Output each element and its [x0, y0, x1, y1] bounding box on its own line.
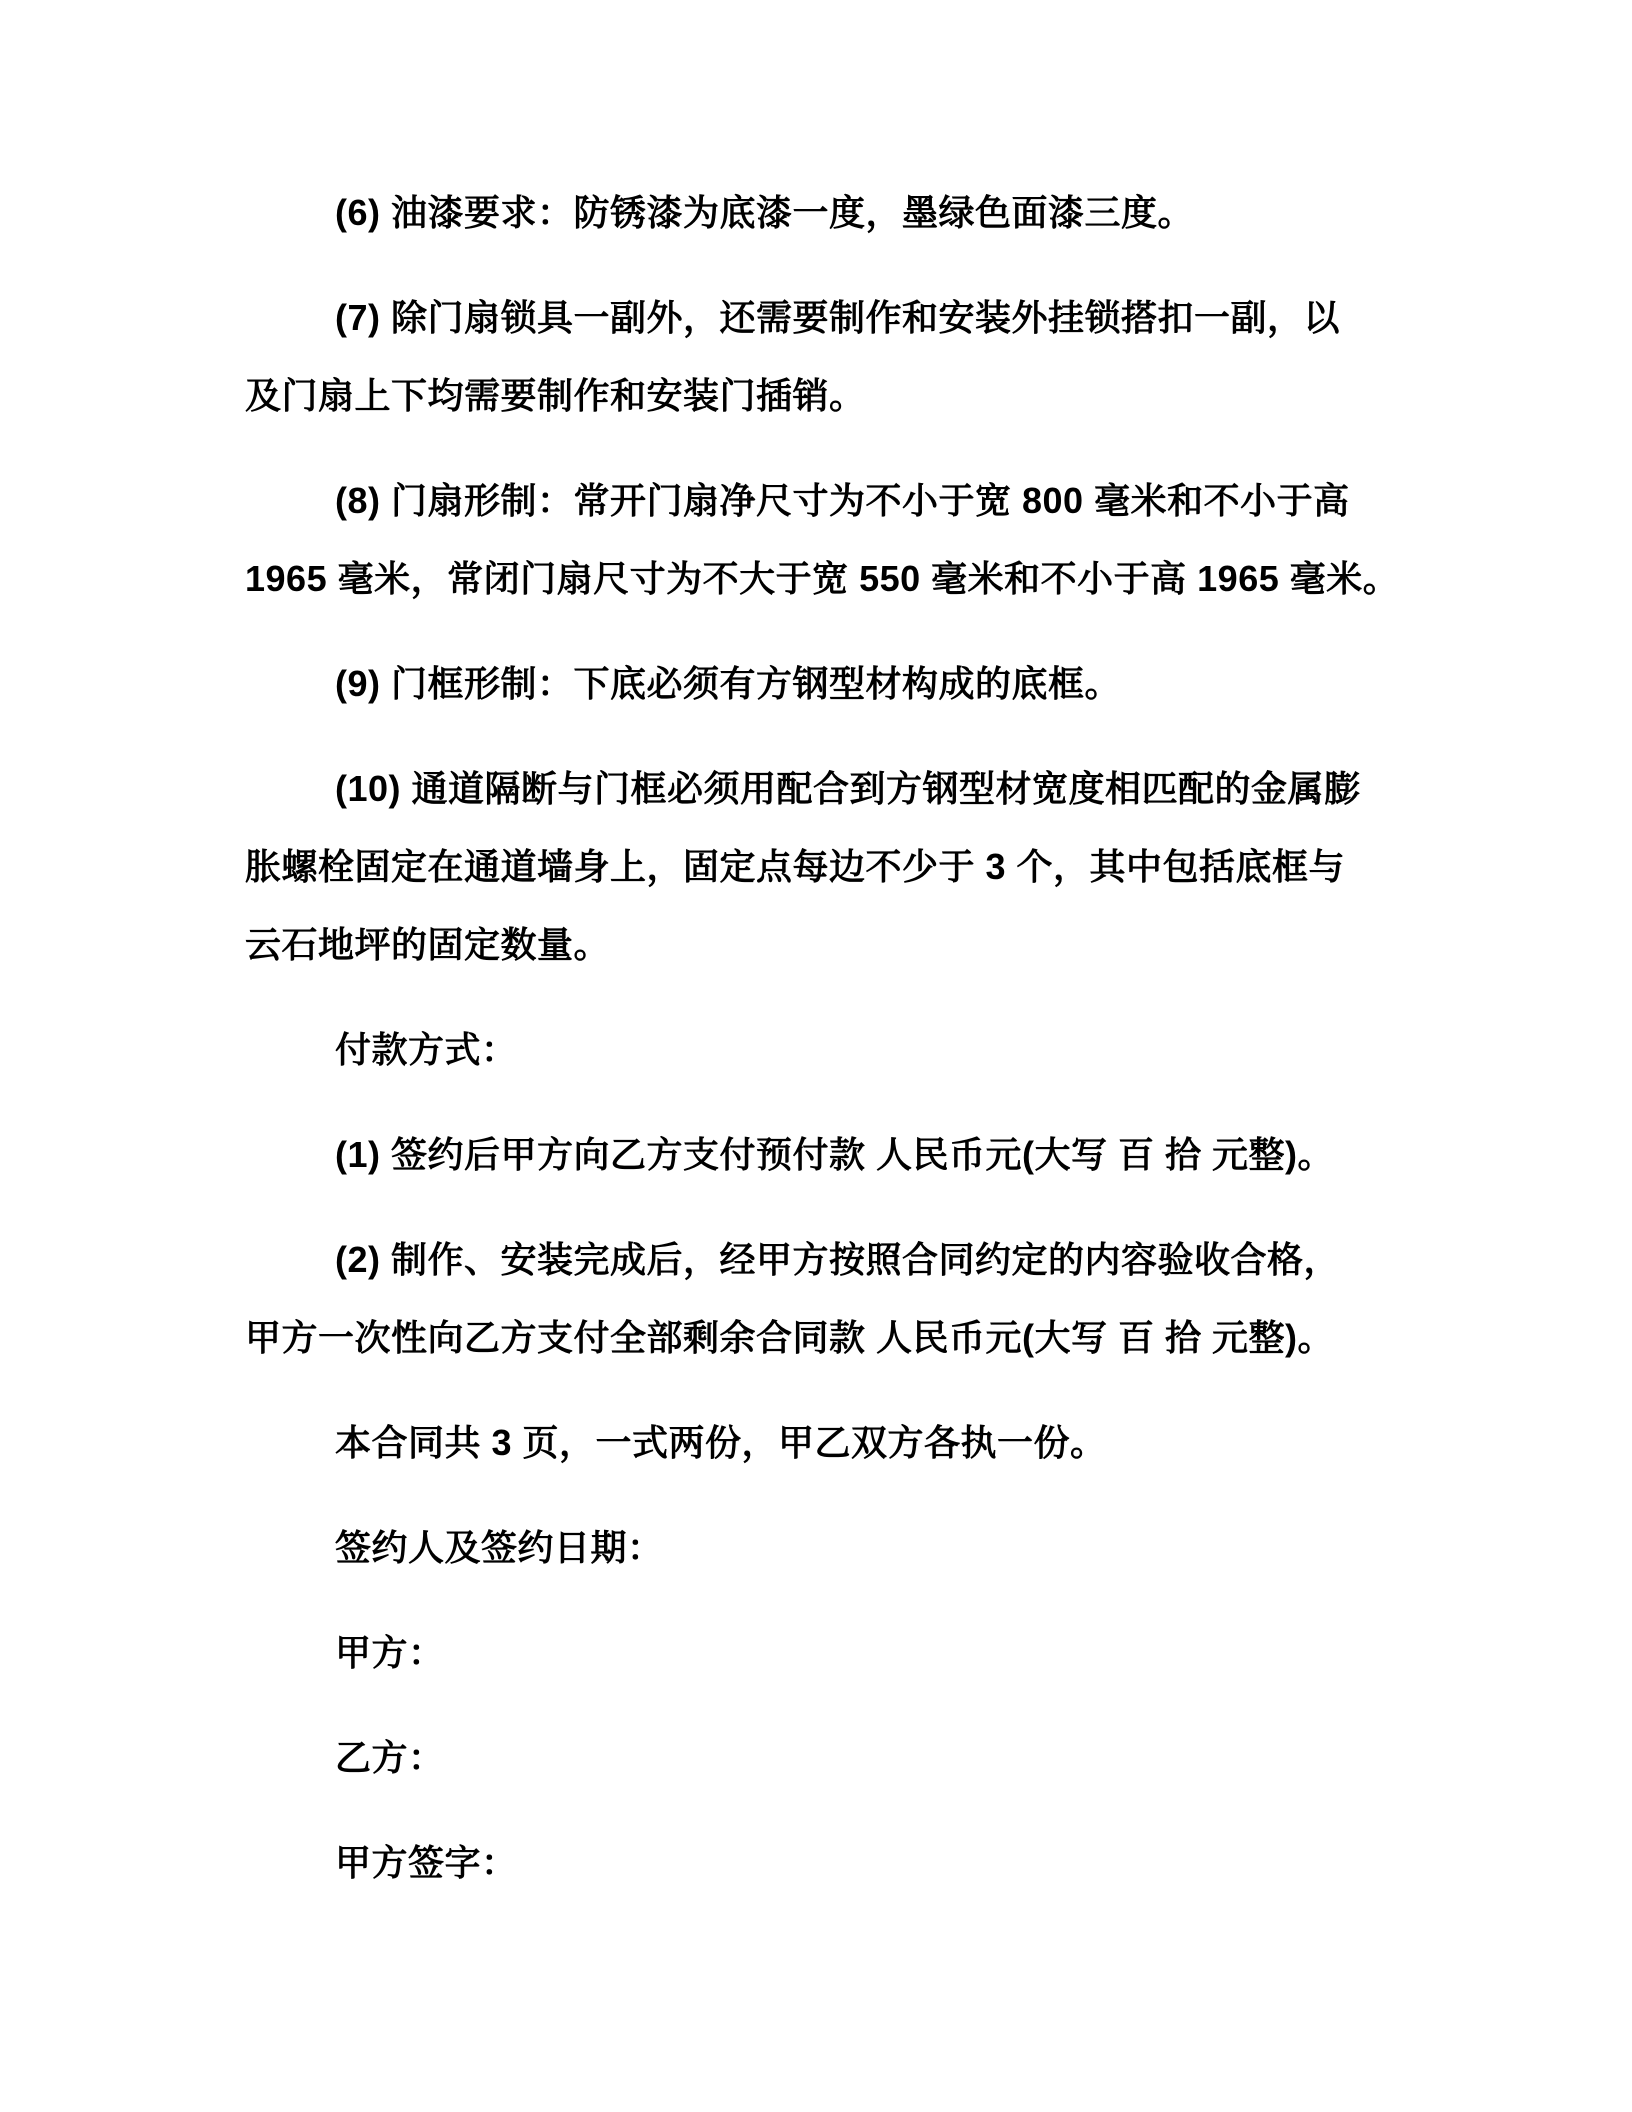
- paragraph-2-line-1: (7) 除门扇锁具一副外，还需要制作和安装外挂锁搭扣一副，以: [245, 279, 1415, 357]
- paragraph-1: (6) 油漆要求：防锈漆为底漆一度，墨绿色面漆三度。: [245, 174, 1415, 252]
- paragraph-7-line-1: (1) 签约后甲方向乙方支付预付款 人民币元(大写 百 拾 元整)。: [245, 1116, 1415, 1194]
- paragraph-9: 本合同共 3 页，一式两份，甲乙双方各执一份。: [245, 1404, 1415, 1482]
- paragraph-11-line-1: 甲方：: [245, 1614, 1415, 1692]
- paragraph-12: 乙方：: [245, 1719, 1415, 1797]
- paragraph-9-line-1: 本合同共 3 页，一式两份，甲乙双方各执一份。: [245, 1404, 1415, 1482]
- paragraph-6-line-1: 付款方式：: [245, 1011, 1415, 1089]
- paragraph-10-line-1: 签约人及签约日期：: [245, 1509, 1415, 1587]
- document-body: (6) 油漆要求：防锈漆为底漆一度，墨绿色面漆三度。(7) 除门扇锁具一副外，还…: [245, 174, 1415, 1929]
- paragraph-3-line-1: (8) 门扇形制：常开门扇净尺寸为不小于宽 800 毫米和不小于高: [245, 462, 1415, 540]
- paragraph-1-line-1: (6) 油漆要求：防锈漆为底漆一度，墨绿色面漆三度。: [245, 174, 1415, 252]
- document-page: (6) 油漆要求：防锈漆为底漆一度，墨绿色面漆三度。(7) 除门扇锁具一副外，还…: [0, 0, 1632, 2112]
- paragraph-2: (7) 除门扇锁具一副外，还需要制作和安装外挂锁搭扣一副，以及门扇上下均需要制作…: [245, 279, 1415, 435]
- paragraph-5: (10) 通道隔断与门框必须用配合到方钢型材宽度相匹配的金属膨胀螺栓固定在通道墙…: [245, 750, 1415, 984]
- paragraph-4: (9) 门框形制：下底必须有方钢型材构成的底框。: [245, 645, 1415, 723]
- paragraph-12-line-1: 乙方：: [245, 1719, 1415, 1797]
- paragraph-10: 签约人及签约日期：: [245, 1509, 1415, 1587]
- paragraph-8-line-1: (2) 制作、安装完成后，经甲方按照合同约定的内容验收合格，: [245, 1221, 1415, 1299]
- paragraph-3: (8) 门扇形制：常开门扇净尺寸为不小于宽 800 毫米和不小于高1965 毫米…: [245, 462, 1415, 618]
- paragraph-4-line-1: (9) 门框形制：下底必须有方钢型材构成的底框。: [245, 645, 1415, 723]
- paragraph-8: (2) 制作、安装完成后，经甲方按照合同约定的内容验收合格，甲方一次性向乙方支付…: [245, 1221, 1415, 1377]
- paragraph-7: (1) 签约后甲方向乙方支付预付款 人民币元(大写 百 拾 元整)。: [245, 1116, 1415, 1194]
- paragraph-2-line-2: 及门扇上下均需要制作和安装门插销。: [245, 357, 1415, 435]
- paragraph-6: 付款方式：: [245, 1011, 1415, 1089]
- paragraph-13: 甲方签字：: [245, 1824, 1415, 1902]
- paragraph-8-line-2: 甲方一次性向乙方支付全部剩余合同款 人民币元(大写 百 拾 元整)。: [245, 1299, 1415, 1377]
- paragraph-3-line-2: 1965 毫米，常闭门扇尺寸为不大于宽 550 毫米和不小于高 1965 毫米。: [245, 540, 1415, 618]
- paragraph-5-line-2: 胀螺栓固定在通道墙身上，固定点每边不少于 3 个，其中包括底框与: [245, 828, 1415, 906]
- paragraph-13-line-1: 甲方签字：: [245, 1824, 1415, 1902]
- paragraph-11: 甲方：: [245, 1614, 1415, 1692]
- paragraph-5-line-3: 云石地坪的固定数量。: [245, 906, 1415, 984]
- paragraph-5-line-1: (10) 通道隔断与门框必须用配合到方钢型材宽度相匹配的金属膨: [245, 750, 1415, 828]
